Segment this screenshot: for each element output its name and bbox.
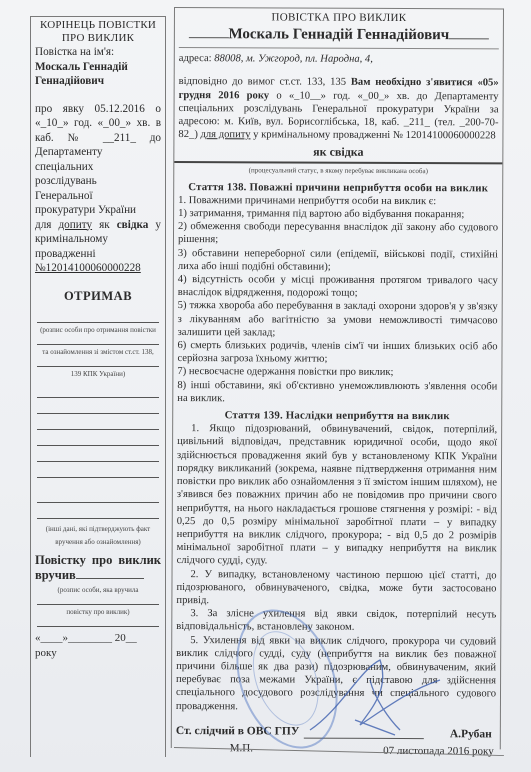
blank-line (37, 462, 159, 478)
summons-body: відповідно до вимог ст.ст. 133, 135 Вам … (174, 75, 502, 142)
proceeding-label: провадженні (31, 247, 165, 262)
received-heading: ОТРИМАВ (31, 289, 165, 304)
article-138-title: Стаття 138. Поважні причини неприбуття о… (174, 181, 502, 196)
handed-label: Повістку про виклик (31, 553, 165, 568)
summoned-person: Москаль Геннадій Геннадійович (175, 25, 503, 44)
blank-line (37, 398, 159, 414)
handed-caption: повістку про виклик) (31, 607, 165, 617)
purpose-text: як (92, 219, 117, 231)
receipt-caption: 139 КПК України) (31, 369, 165, 379)
department-line: Генеральної (35, 189, 161, 204)
department-line: спеціальних (35, 160, 161, 175)
summoned-name: Москаль Геннадій Геннадійович (228, 26, 449, 43)
purpose-interrogation: для допиту (200, 129, 250, 140)
blank-line (37, 478, 159, 503)
summons-title: ПОВІСТКА ПРО ВИКЛИК (175, 11, 503, 26)
article-item: 8) інші обставини, які об'єктивно унемож… (173, 379, 501, 407)
signature-line (37, 307, 159, 323)
department-line: розслідувань (35, 174, 161, 189)
stub-header-line: ПРО ВИКЛИК (31, 32, 165, 45)
purpose-text: для (35, 219, 58, 231)
summons-main: ПОВІСТКА ПРО ВИКЛИК Москаль Геннадій Ген… (171, 7, 504, 749)
handed-date: «____»________ 20__ року (31, 631, 165, 660)
department: Департаменту спеціальних розслідувань Ге… (31, 145, 165, 218)
addressee-patronymic: Геннадійович (31, 74, 165, 88)
signature-line (37, 338, 159, 345)
procedural-role: свідка (117, 219, 149, 231)
address-label: адреса: (179, 53, 212, 64)
receipt-caption: та ознайомлення зі змістом ст.ст. 138, (31, 347, 165, 357)
article-item: 3) обставини непереборної сили (епідемії… (174, 247, 502, 275)
article-item: 6) смерть близьких родичів, членів сім'ї… (173, 339, 501, 367)
article-item: 2. У випадку, встановленому частиною пер… (172, 568, 500, 609)
appearance-time: «_10_» год. «_00_» хв. в (31, 116, 165, 131)
appearance-room: каб. № __211_ до (31, 131, 165, 146)
article-item: 3. За злісне ухилення від явки свідок, п… (172, 607, 500, 635)
department-line: прокуратури України (35, 203, 161, 218)
blank-line (37, 430, 159, 446)
signature-line (37, 620, 159, 627)
handed-line: вручив (31, 568, 165, 583)
stub-header: КОРІНЕЦЬ ПОВІСТКИ ПРО ВИКЛИК (31, 19, 165, 45)
address-value: 88008, м. Ужгород, пл. Народна, 4, (214, 53, 373, 65)
addressee-label: Повістка на ім'я: (31, 45, 165, 60)
proceeding-number: у кримінальному провадженні № 1201410006… (251, 130, 496, 142)
handed-label: вручив (35, 568, 76, 582)
proceeding-number: №12014100060000228 (31, 261, 165, 276)
receipt-caption: (розпис особи про отримання повістки (31, 325, 165, 335)
article-item: 2) обмеження свободи пересування внаслід… (174, 220, 502, 248)
divider (179, 47, 499, 49)
purpose-line: для допиту як свідка у (31, 218, 165, 233)
status-caption: (процесуальний статус, в якому перебуває… (174, 165, 502, 176)
article-item: 1. Якщо підозрюваний, обвинувачений, сві… (173, 422, 502, 569)
appearance-date: про явку 05.12.2016 о (31, 102, 165, 117)
blank-line (37, 414, 159, 430)
other-data-caption: (інші дані, які підтверджують факт (31, 524, 165, 534)
handed-caption: (розпис особи, яка вручила (31, 585, 165, 595)
article-item: 7) несвоєчасне одержання повістки про ви… (173, 365, 501, 380)
blank-line (37, 446, 159, 462)
summons-stub: КОРІНЕЦЬ ПОВІСТКИ ПРО ВИКЛИК Повістка на… (30, 16, 166, 757)
other-data-caption: вручення або ознайомлення) (31, 537, 165, 547)
signature-scribble (300, 650, 450, 740)
address-line: адреса: 88008, м. Ужгород, пл. Народна, … (175, 52, 503, 67)
procedural-status: як свідка (174, 145, 502, 160)
article-item: 4) відсутність особи у місці проживання … (174, 273, 502, 301)
stub-header-line: КОРІНЕЦЬ ПОВІСТКИ (31, 19, 165, 32)
signature-line (37, 360, 159, 367)
proceeding-label: кримінальному (31, 232, 165, 247)
article-item: 5) тяжка хвороба або перебування в закла… (174, 299, 502, 340)
purpose-interrogation: допиту (58, 219, 92, 231)
purpose-text: у (148, 219, 161, 231)
blank-line (37, 382, 159, 398)
summons-document: КОРІНЕЦЬ ПОВІСТКИ ПРО ВИКЛИК Повістка на… (0, 0, 531, 772)
divider (174, 161, 502, 164)
blank-line (37, 503, 159, 519)
body-text: відповідно до вимог ст.ст. 133, 135 (179, 76, 351, 88)
department-line: Департаменту (35, 145, 161, 160)
addressee-name: Москаль Геннадій (31, 60, 165, 74)
signature-line (37, 598, 159, 605)
article-138-list: 1. Поважними причинами неприбуття особи … (173, 194, 502, 407)
